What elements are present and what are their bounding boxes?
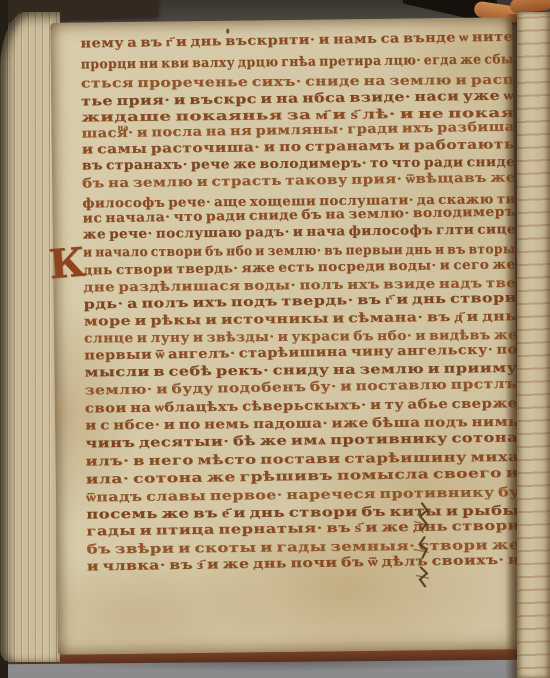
manuscript-line: прорци ни кви валху дрцю гнѣа претира лц… (81, 51, 514, 73)
manuscript-line: нему а въ г҃ и днь въскрнти· и намь са в… (80, 29, 513, 53)
manuscript-page: К нему а въ г҃ и днь въскрнти· и намь са… (50, 17, 520, 655)
text-block: нему а въ г҃ и днь въскрнти· и намь са в… (80, 17, 521, 654)
parchment-repair-stitches (406, 501, 441, 593)
interlinear-insertion: на (117, 122, 128, 132)
manuscript-photo: К нему а въ г҃ и днь въскрнти· и намь са… (0, 0, 550, 678)
facing-page-fore-edge (517, 12, 550, 678)
